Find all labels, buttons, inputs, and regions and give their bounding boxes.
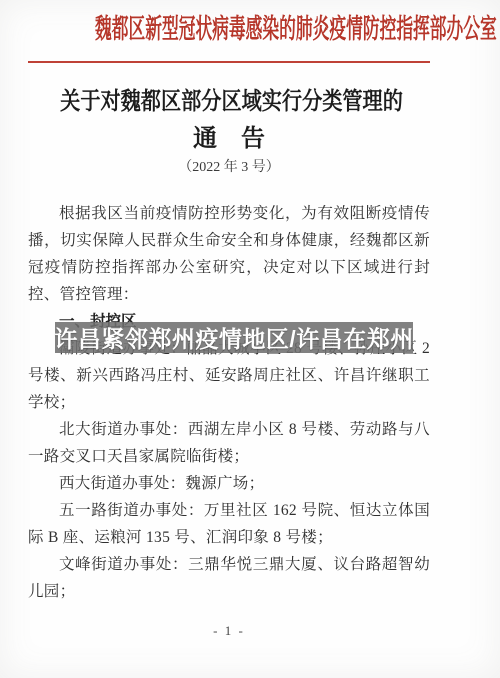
- notice-title-second-line: 通 告: [28, 123, 430, 155]
- watermark-banner: 许昌紧邻郑州疫情地区/许昌在郑州: [55, 322, 413, 353]
- document-number: （2022 年 3 号）: [28, 158, 430, 178]
- notice-paragraphs: 根据我区当前疫情防控形势变化，为有效阻断疫情传播，切实保障人民群众生命安全和身体…: [28, 200, 430, 605]
- entry-wuyilu-subdistrict: 五一路街道办事处：万里社区 162 号院、恒达立体国际 B 座、运粮河 135 …: [28, 497, 430, 551]
- entry-wenfeng-subdistrict: 文峰街道办事处：三鼎华悦三鼎大厦、议台路超智幼儿园；: [28, 551, 430, 605]
- document-masthead: 魏都区新型冠状病毒感染的肺炎疫情防控指挥部办公室: [0, 0, 500, 63]
- masthead-divider-rule: [28, 61, 430, 63]
- watermark-text: 许昌紧邻郑州疫情地区/许昌在郑州: [54, 321, 413, 354]
- entry-xida-subdistrict: 西大街道办事处：魏源广场；: [28, 470, 430, 497]
- notice-title: 关于对魏都区部分区域实行分类管理的: [60, 86, 398, 118]
- notice-document-page: 魏都区新型冠状病毒感染的肺炎疫情防控指挥部办公室 关于对魏都区部分区域实行分类管…: [0, 0, 500, 678]
- masthead-title: 魏都区新型冠状病毒感染的肺炎疫情防控指挥部办公室: [95, 0, 405, 46]
- entry-beida-subdistrict: 北大街道办事处：西湖左岸小区 8 号楼、劳动路与八一路交叉口天昌家属院临街楼；: [28, 416, 430, 470]
- intro-paragraph: 根据我区当前疫情防控形势变化，为有效阻断疫情传播，切实保障人民群众生命安全和身体…: [28, 200, 430, 308]
- page-number: - 1 -: [28, 623, 430, 639]
